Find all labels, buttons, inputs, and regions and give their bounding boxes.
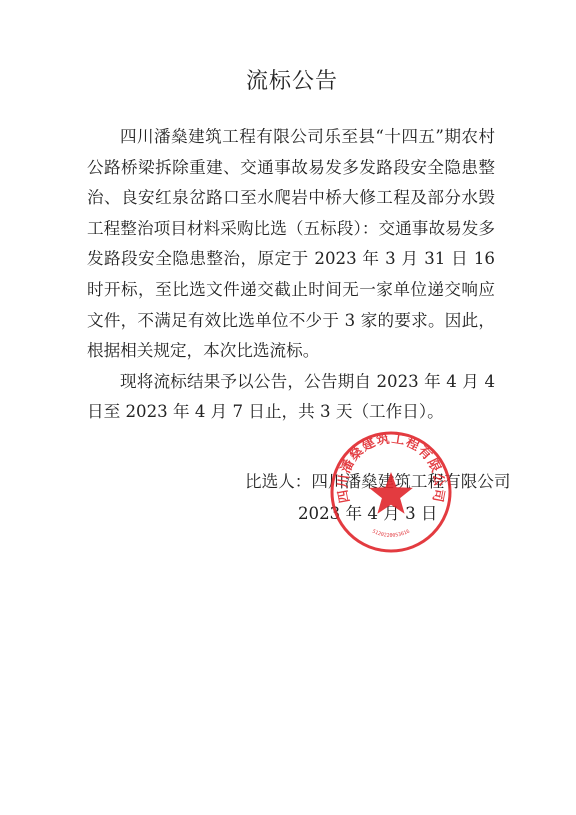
page-title: 流标公告	[0, 64, 576, 95]
document-page: 流标公告 四川潘燊建筑工程有限公司乐至县“十四五”期农村公路桥梁拆除重建、交通事…	[0, 0, 576, 815]
company-seal-icon: 四川潘燊建筑工程有限公司 5120220053616	[329, 430, 453, 554]
paragraph-main: 四川潘燊建筑工程有限公司乐至县“十四五”期农村公路桥梁拆除重建、交通事故易发多发…	[87, 122, 495, 367]
seal-number: 5120220053616	[371, 529, 411, 539]
announcement-body: 四川潘燊建筑工程有限公司乐至县“十四五”期农村公路桥梁拆除重建、交通事故易发多发…	[87, 122, 495, 428]
paragraph-notice-period: 现将流标结果予以公告，公告期自 2023 年 4 月 4 日至 2023 年 4…	[87, 367, 495, 428]
